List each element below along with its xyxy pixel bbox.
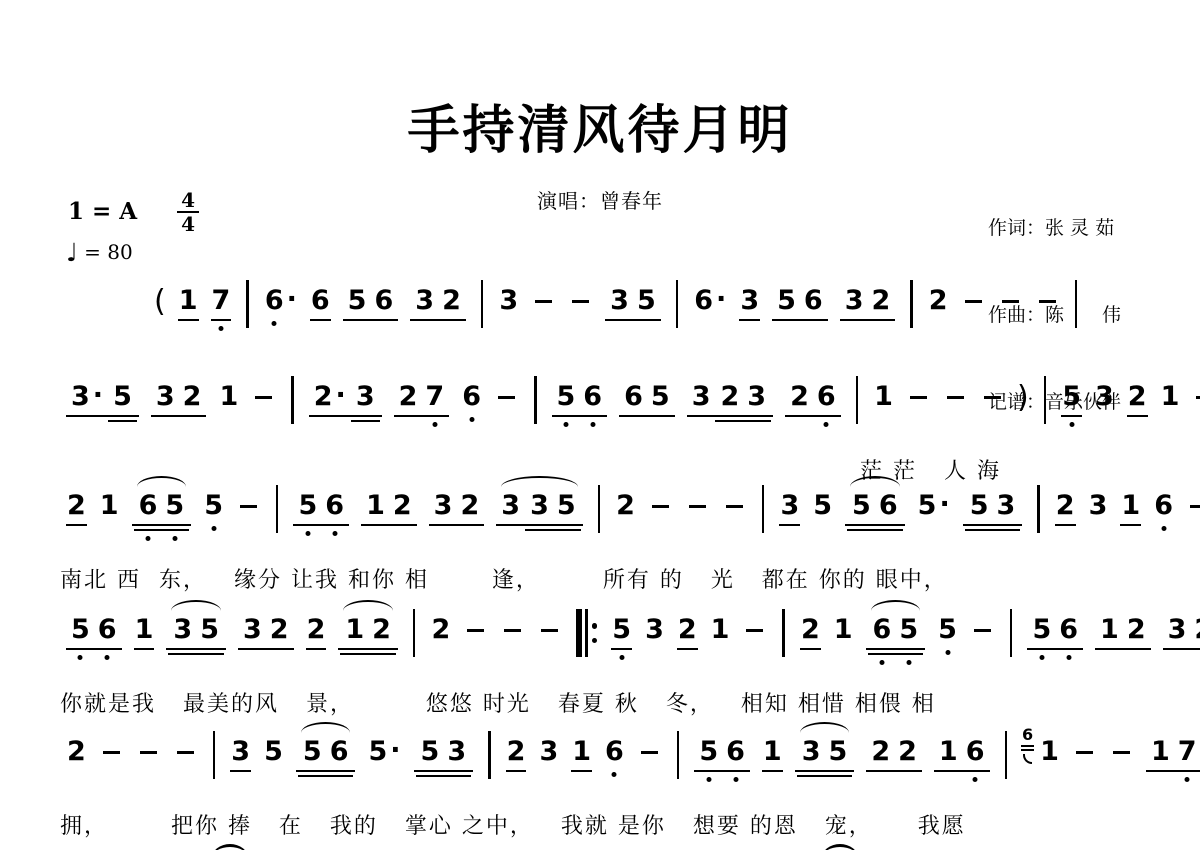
music-line-5: 235565·5323165613522166117 <box>60 736 1150 792</box>
barline <box>677 731 680 779</box>
slur-beam-group: 56 <box>846 490 904 522</box>
music-line-1: (176·656323356·356322 <box>60 285 1150 341</box>
note-digit: 1 <box>1121 490 1140 522</box>
note: 1 <box>572 736 591 768</box>
note-digit: 5 <box>71 614 90 646</box>
low-octave-dot <box>1066 655 1071 660</box>
note: 6 <box>325 490 344 522</box>
note-digit: 2 <box>720 381 739 413</box>
slur-beam-group: 35 <box>796 736 854 768</box>
low-octave-dot <box>211 526 216 531</box>
system-5: 235565·5323165613522166117 拥， 把你 捧 在 我的 … <box>60 736 1150 840</box>
note-digit: 2 <box>460 490 479 522</box>
low-octave-dot <box>1039 655 1044 660</box>
low-octave-dot <box>619 655 624 660</box>
beam-line <box>66 648 122 651</box>
slur-arc <box>871 600 921 611</box>
duration-dash <box>535 300 552 303</box>
time-signature-denominator: 4 <box>177 213 199 234</box>
cutoff-slur-arc <box>212 844 248 850</box>
note-digit: 5 <box>777 285 796 317</box>
note-digit: 1 <box>763 736 782 768</box>
note: 3 <box>243 614 262 646</box>
note-digit: 7 <box>212 285 231 317</box>
note-digit: 5 <box>699 736 718 768</box>
duration-dash <box>1113 751 1130 754</box>
repeat-dot <box>592 638 598 644</box>
note-digit: 5 <box>829 736 848 768</box>
note-digit: 3 <box>415 285 434 317</box>
note: 5 <box>899 614 918 646</box>
slur-beam-group: 65 <box>867 614 925 646</box>
low-octave-dot <box>305 531 310 536</box>
note-digit: 6 <box>694 285 713 317</box>
barline <box>246 280 249 328</box>
note-digit: 5 <box>1032 614 1051 646</box>
barline <box>1044 376 1047 424</box>
note-digit: 6 <box>330 736 349 768</box>
barline <box>782 609 785 657</box>
beam-group: 2·3 <box>310 381 381 413</box>
note-digit: 6 <box>726 736 745 768</box>
note: 3 <box>802 736 821 768</box>
note: 1 <box>1100 614 1119 646</box>
beam-line <box>298 775 354 778</box>
note-digit: 2 <box>393 490 412 522</box>
beam-line <box>230 770 251 773</box>
note-digit: 3 <box>1168 614 1187 646</box>
lyrics-line-2: 茫 茫 人 海 <box>60 454 1150 485</box>
sheet-music-page: 手持清风待月明 演唱：曾春年 作词：张 灵 茹 作曲：陈 伟 记谱：音乐伙伴 1… <box>0 0 1200 850</box>
note-digit: 3 <box>499 285 518 317</box>
note-digit: 2 <box>1194 614 1200 646</box>
note-digit: 1 <box>135 614 154 646</box>
beam-group: 32 <box>152 381 206 413</box>
duration-dash <box>177 751 194 754</box>
beam-line <box>394 415 450 418</box>
note: 6 <box>462 381 481 413</box>
key-signature: 1 = A44 <box>68 190 199 234</box>
beam-group: 16 <box>935 736 989 768</box>
grace-note: 6 <box>1022 726 1033 744</box>
grace-slur <box>1023 754 1032 764</box>
note-digit: 5 <box>368 736 387 768</box>
note-digit: 1 <box>345 614 364 646</box>
beam-line <box>361 524 417 527</box>
note: 6 <box>879 490 898 522</box>
beam-group: 3·5 <box>67 381 138 413</box>
note-digit: 3 <box>243 614 262 646</box>
slur-beam-group: 12 <box>339 614 397 646</box>
note: 5 <box>852 490 871 522</box>
note-digit: 5 <box>813 490 832 522</box>
repeat-dots <box>592 623 598 643</box>
beam-line <box>677 648 698 651</box>
note: 5 <box>165 490 184 522</box>
beam-line <box>310 319 331 322</box>
beam-line <box>619 415 675 418</box>
note: 6 <box>374 285 393 317</box>
note: 5· <box>918 490 950 522</box>
beam-line <box>506 770 527 773</box>
note-digit: 3 <box>156 381 175 413</box>
note-digit: 1 <box>874 381 893 413</box>
note-digit: 2 <box>183 381 202 413</box>
barline <box>413 609 416 657</box>
beam-line <box>132 524 192 527</box>
note-digit: 1 <box>1151 736 1170 768</box>
note: 2 <box>460 490 479 522</box>
note-digit: 1 <box>179 285 198 317</box>
note: 3 <box>501 490 520 522</box>
note-digit: 6 <box>265 285 284 317</box>
slur-beam-group: 335 <box>497 490 581 522</box>
low-octave-dot <box>78 655 83 660</box>
barline <box>213 731 216 779</box>
note: 1 <box>1161 381 1180 413</box>
beam-line <box>238 648 294 651</box>
note: 2 <box>67 736 86 768</box>
beam-group: 22 <box>867 736 921 768</box>
note-digit: 2 <box>898 736 917 768</box>
note-digit: 3 <box>231 736 250 768</box>
barline <box>856 376 859 424</box>
note-digit: 5 <box>1062 381 1081 413</box>
note-digit: 6 <box>1022 726 1033 744</box>
note-digit: 3 <box>610 285 629 317</box>
note: 5 <box>1032 614 1051 646</box>
beam-group: 56 <box>67 614 121 646</box>
beam-line <box>866 648 926 651</box>
beam-group: 53 <box>964 490 1022 522</box>
note: 3 <box>415 285 434 317</box>
beam-line <box>965 529 1021 532</box>
note: 3 <box>997 490 1016 522</box>
beam-line <box>211 319 232 322</box>
augmentation-dot: · <box>390 736 400 768</box>
note: 6 <box>1154 490 1173 522</box>
note: 6 <box>726 736 745 768</box>
slur-arc <box>343 600 393 611</box>
note-digit: 2 <box>442 285 461 317</box>
beam-line <box>151 415 207 418</box>
note: 3 <box>499 285 518 317</box>
note: 5 <box>970 490 989 522</box>
beam-group: 56 <box>553 381 607 413</box>
barline <box>1037 485 1040 533</box>
note: 3 <box>610 285 629 317</box>
note: 5 <box>204 490 223 522</box>
note: 2 <box>898 736 917 768</box>
quarter-note-icon: ♩ <box>66 238 78 267</box>
note: 5 <box>699 736 718 768</box>
note-digit: 3 <box>692 381 711 413</box>
beam-line <box>847 529 903 532</box>
note: 5 <box>637 285 656 317</box>
low-octave-dot <box>563 422 568 427</box>
note-digit: 1 <box>572 736 591 768</box>
barline <box>910 280 913 328</box>
note: 1 <box>874 381 893 413</box>
low-octave-dot <box>432 422 437 427</box>
beam-line <box>66 524 87 527</box>
beam-line <box>429 524 485 527</box>
note: 2 <box>790 381 809 413</box>
note-digit: 6 <box>966 736 985 768</box>
low-octave-dot <box>105 655 110 660</box>
duration-dash <box>140 751 157 754</box>
beam-group: 35 <box>798 736 852 768</box>
note-digit: 6 <box>879 490 898 522</box>
beam-line <box>296 770 356 773</box>
beam-line <box>340 653 396 656</box>
duration-dash <box>974 629 991 632</box>
note: 6 <box>817 381 836 413</box>
note: 5 <box>829 736 848 768</box>
note-digit: 5 <box>348 285 367 317</box>
note-digit: 2 <box>929 285 948 317</box>
note-digit: 3 <box>173 614 192 646</box>
lyricist-credit: 作词：张 灵 茹 <box>988 214 1121 243</box>
note: 1 <box>763 736 782 768</box>
low-octave-dot <box>612 772 617 777</box>
beam-group: 3 <box>352 381 379 413</box>
note-digit: 6 <box>624 381 643 413</box>
note: 2 <box>678 614 697 646</box>
note-digit: 6 <box>1154 490 1173 522</box>
note: 2 <box>1127 614 1146 646</box>
note-digit: 2 <box>399 381 418 413</box>
low-octave-dot <box>272 321 277 326</box>
beam-line <box>309 415 382 418</box>
beam-group: 65 <box>135 490 189 522</box>
low-octave-dot <box>218 326 223 331</box>
barline <box>534 376 537 424</box>
duration-dash <box>652 505 669 508</box>
note: 2 <box>442 285 461 317</box>
note-digit: 6 <box>462 381 481 413</box>
repeat-thin-bar <box>585 609 588 657</box>
note-digit: 5 <box>612 614 631 646</box>
note: 5 <box>777 285 796 317</box>
slur-arc <box>171 600 221 611</box>
duration-dash <box>910 396 927 399</box>
beam-group: 35 <box>606 285 660 317</box>
note: 3 <box>539 736 558 768</box>
system-2: 3·53212·32765665323261)5321 茫 茫 人 海 <box>60 381 1150 485</box>
note-digit: 3 <box>747 381 766 413</box>
beam-group: 32 <box>841 285 895 317</box>
note: 5 <box>71 614 90 646</box>
note: 3 <box>1095 381 1114 413</box>
duration-dash <box>103 751 120 754</box>
note-digit: 3 <box>539 736 558 768</box>
beam-group: 56 <box>344 285 398 317</box>
augmentation-dot: · <box>93 381 103 413</box>
duration-dash <box>1190 505 1200 508</box>
beam-line <box>1021 749 1034 751</box>
note-digit: 3 <box>845 285 864 317</box>
note: 6 <box>311 285 330 317</box>
note: 6 <box>1059 614 1078 646</box>
note-digit: 2 <box>1128 381 1147 413</box>
note-digit: 3 <box>1095 381 1114 413</box>
note: 3 <box>645 614 664 646</box>
beam-line <box>552 415 608 418</box>
low-octave-dot <box>733 777 738 782</box>
note: 6 <box>605 736 624 768</box>
note-digit: 3 <box>802 736 821 768</box>
beam-group: 26 <box>786 381 840 413</box>
beam-group: 56 <box>299 736 353 768</box>
note: 7 <box>425 381 444 413</box>
note: 3 <box>740 285 759 317</box>
lyrics-line-4: 你就是我 最美的风 景， 悠悠 时光 春夏 秋 冬， 相知 相惜 相偎 相 <box>60 687 1150 718</box>
note-digit: 5 <box>651 381 670 413</box>
note: 5 <box>557 381 576 413</box>
note: 5 <box>264 736 283 768</box>
note: 2 <box>307 614 326 646</box>
repeat-dot <box>592 623 598 629</box>
low-octave-dot <box>706 777 711 782</box>
note: 3 <box>692 381 711 413</box>
note: 3 <box>530 490 549 522</box>
note: 5 <box>1062 381 1081 413</box>
note: 2 <box>720 381 739 413</box>
beam-group: 23 <box>716 381 770 413</box>
note-digit: 6 <box>817 381 836 413</box>
note-digit: 5 <box>421 736 440 768</box>
beam-line <box>963 524 1023 527</box>
note-digit: 2 <box>801 614 820 646</box>
note-digit: 1 <box>834 614 853 646</box>
beam-group: 56 <box>294 490 348 522</box>
beam-line <box>168 653 224 656</box>
beam-line <box>795 770 855 773</box>
note-digit: 7 <box>425 381 444 413</box>
lyrics-line-5: 拥， 把你 捧 在 我的 掌心 之中， 我就 是你 想要 的恩 宠， 我愿 <box>60 809 1150 840</box>
note: 1 <box>1040 736 1059 768</box>
duration-dash <box>255 396 272 399</box>
low-octave-dot <box>172 536 177 541</box>
note: 5 <box>557 490 576 522</box>
beam-group: 65 <box>869 614 923 646</box>
beam-group: 12 <box>1096 614 1150 646</box>
note: 5 <box>298 490 317 522</box>
note: 3 <box>845 285 864 317</box>
note: 1 <box>1151 736 1170 768</box>
note: 5· <box>368 736 400 768</box>
barline <box>598 485 601 533</box>
note-digit: 5 <box>113 381 132 413</box>
note: 5 <box>303 736 322 768</box>
note-digit: 3 <box>501 490 520 522</box>
beam-line <box>866 770 922 773</box>
duration-dash <box>1002 300 1019 303</box>
song-title: 手持清风待月明 <box>0 88 1200 163</box>
note: 2 <box>871 736 890 768</box>
low-octave-dot <box>1069 422 1074 427</box>
note: 1 <box>179 285 198 317</box>
low-octave-dot <box>879 660 884 665</box>
augmentation-dot: · <box>716 285 726 317</box>
augmentation-dot: · <box>336 381 346 413</box>
barline <box>276 485 279 533</box>
beam-group: 35 <box>526 490 580 522</box>
note: 1 <box>1121 490 1140 522</box>
beam-line <box>797 775 853 778</box>
beam-line <box>762 770 783 773</box>
note-digit: 6 <box>139 490 158 522</box>
low-octave-dot <box>906 660 911 665</box>
note: 6 <box>139 490 158 522</box>
note-digit: 7 <box>1178 736 1197 768</box>
beam-line <box>800 648 821 651</box>
note: 3 <box>356 381 375 413</box>
beam-line <box>108 420 137 423</box>
beam-line <box>293 524 349 527</box>
barline <box>762 485 765 533</box>
note-digit: 1 <box>100 490 119 522</box>
slur-arc <box>301 722 351 733</box>
low-octave-dot <box>973 777 978 782</box>
beam-group: 35 <box>169 614 223 646</box>
note: 2 <box>1128 381 1147 413</box>
note: 3 <box>156 381 175 413</box>
note-digit: 2 <box>67 490 86 522</box>
note-digit: 1 <box>219 381 238 413</box>
beam-group: 32 <box>411 285 465 317</box>
note-digit: 2 <box>678 614 697 646</box>
beam-line <box>715 420 771 423</box>
note: 6 <box>966 736 985 768</box>
duration-dash <box>1039 300 1056 303</box>
beam-group: 53 <box>417 736 471 768</box>
note: 3 <box>434 490 453 522</box>
low-octave-dot <box>590 422 595 427</box>
beam-group: 56 <box>1028 614 1082 646</box>
note-digit: 1 <box>939 736 958 768</box>
duration-dash <box>541 629 558 632</box>
beam-group: 12 <box>362 490 416 522</box>
barline <box>1010 609 1013 657</box>
music-line-3: 21655561232335235565·532316 <box>60 490 1150 546</box>
duration-dash <box>641 751 658 754</box>
repeat-start-barline <box>576 609 597 657</box>
beam-group: 32 <box>430 490 484 522</box>
note: 2 <box>801 614 820 646</box>
note-digit: 6 <box>311 285 330 317</box>
note-digit: 5 <box>637 285 656 317</box>
note-digit: 5 <box>557 381 576 413</box>
note: 3· <box>71 381 103 413</box>
note: 5 <box>113 381 132 413</box>
note: 3 <box>747 381 766 413</box>
note: 6 <box>873 614 892 646</box>
note-digit: 2 <box>872 285 891 317</box>
beam-line <box>1021 745 1034 747</box>
lyrics-line-3: 南北 西 东， 缘分 让我 和你 相 逢， 所有 的 光 都在 你的 眼中， <box>60 563 1150 594</box>
low-octave-dot <box>145 536 150 541</box>
duration-dash <box>572 300 589 303</box>
note-digit: 2 <box>1127 614 1146 646</box>
note: 2 <box>270 614 289 646</box>
note-digit: 6 <box>325 490 344 522</box>
note: 1 <box>100 490 119 522</box>
augmentation-dot: · <box>287 285 297 317</box>
beam-line <box>525 529 581 532</box>
music-line-4: 56135322122532121655561232335 <box>60 614 1150 670</box>
